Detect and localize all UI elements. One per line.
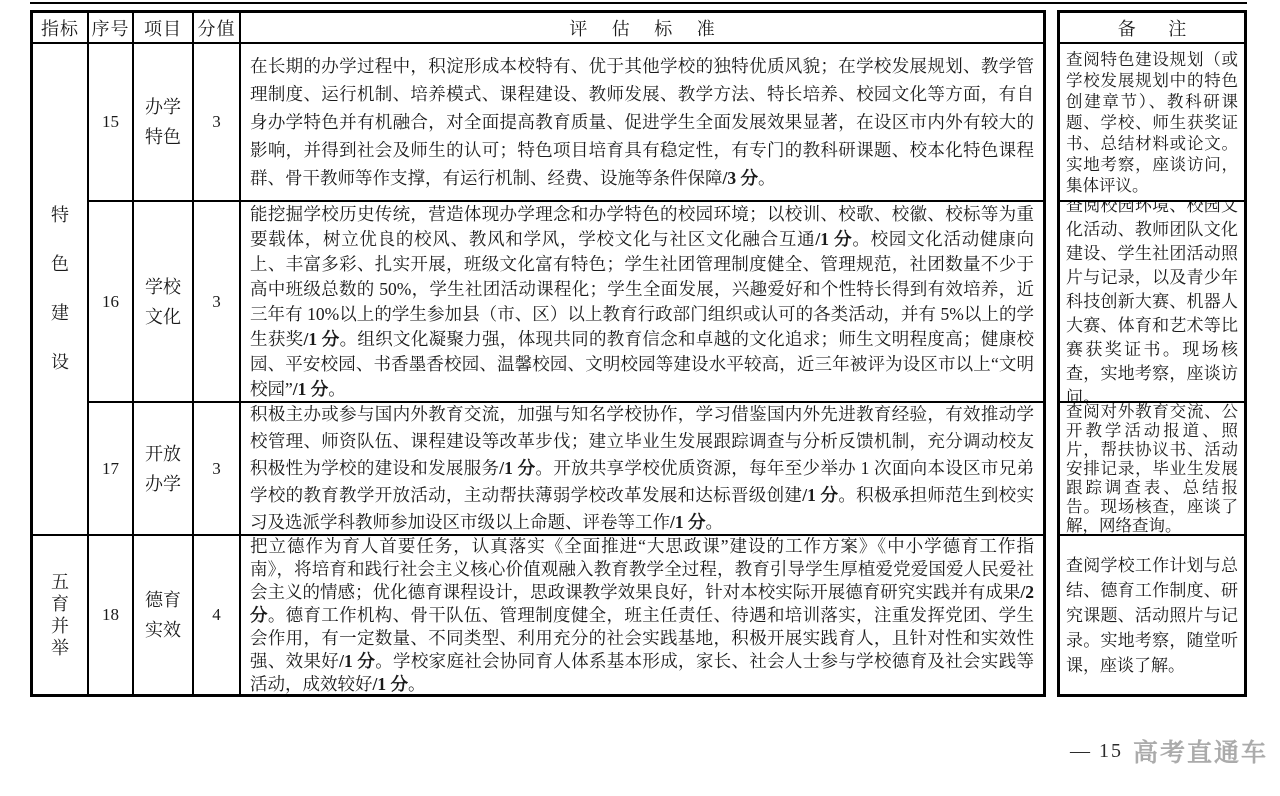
header-indicator: 指标 [33, 13, 89, 44]
remark-text: 查阅特色建设规划（或学校发展规划中的特色创建章节）、教科研课题、学校、师生获奖证… [1066, 49, 1238, 196]
row17-serial: 17 [89, 403, 134, 536]
table-top-rule [30, 2, 1247, 4]
indicator-label: 五育并举 [50, 571, 71, 659]
row18-standard: 把立德作为育人首要任务，认真落实《全面推进“大思政课”建设的工作方案》《中小学德… [241, 536, 1043, 694]
standard-text: 积极主办或参与国内外教育交流，加强与知名学校协作，学习借鉴国内外先进教育经验，有… [250, 403, 1034, 536]
row16-score: 3 [194, 202, 241, 403]
standard-text: 把立德作为育人首要任务，认真落实《全面推进“大思政课”建设的工作方案》《中小学德… [250, 536, 1034, 694]
header-item: 项目 [134, 13, 194, 44]
item-label: 开放办学 [142, 439, 183, 499]
item-label: 办学特色 [142, 92, 183, 152]
indicator-group-wuyu-bingju: 五育并举 [33, 536, 89, 694]
row15-serial: 15 [89, 44, 134, 202]
row16-remark: 查阅校园环境、校园文化活动、教师团队文化建设、学生社团活动照片与记录，以及青少年… [1060, 202, 1244, 403]
indicator-label: 特色建设 [50, 191, 71, 387]
item-label: 德育实效 [142, 585, 183, 645]
row18-score: 4 [194, 536, 241, 694]
remark-column: 备 注 查阅特色建设规划（或学校发展规划中的特色创建章节）、教科研课题、学校、师… [1057, 10, 1247, 697]
row17-score: 3 [194, 403, 241, 536]
item-label: 学校文化 [142, 272, 183, 332]
row16-standard: 能挖掘学校历史传统，营造体现办学理念和办学特色的校园环境；以校训、校歌、校徽、校… [241, 202, 1043, 403]
row16-item: 学校文化 [134, 202, 194, 403]
row17-item: 开放办学 [134, 403, 194, 536]
header-serial: 序号 [89, 13, 134, 44]
standard-text: 在长期的办学过程中，积淀形成本校特有、优于其他学校的独特优质风貌；在学校发展规划… [250, 52, 1034, 192]
row17-remark: 查阅对外教育交流、公开教学活动报道、照片，帮扶协议书、活动安排记录，毕业生发展跟… [1060, 403, 1244, 536]
page-footer: — 15 高考直通车 [1070, 733, 1268, 769]
document-page: 指标 序号 项目 分值 评 估 标 准 特色建设 15 办学特色 3 在长期的办… [0, 0, 1280, 796]
row16-serial: 16 [89, 202, 134, 403]
remark-text: 查阅校园环境、校园文化活动、教师团队文化建设、学生社团活动照片与记录，以及青少年… [1066, 202, 1238, 403]
row15-standard: 在长期的办学过程中，积淀形成本校特有、优于其他学校的独特优质风貌；在学校发展规划… [241, 44, 1043, 202]
row17-standard: 积极主办或参与国内外教育交流，加强与知名学校协作，学习借鉴国内外先进教育经验，有… [241, 403, 1043, 536]
remark-text: 查阅对外教育交流、公开教学活动报道、照片，帮扶协议书、活动安排记录，毕业生发展跟… [1066, 403, 1238, 535]
row18-item: 德育实效 [134, 536, 194, 694]
standard-text: 能挖掘学校历史传统，营造体现办学理念和办学特色的校园环境；以校训、校歌、校徽、校… [250, 202, 1034, 402]
page-number: — 15 [1070, 740, 1123, 763]
row18-serial: 18 [89, 536, 134, 694]
remark-text: 查阅学校工作计划与总结、德育工作制度、研究课题、活动照片与记录。实地考察，随堂听… [1066, 553, 1238, 678]
watermark-gaokao-zhitongche: 高考直通车 [1133, 733, 1268, 769]
evaluation-table: 指标 序号 项目 分值 评 估 标 准 特色建设 15 办学特色 3 在长期的办… [30, 10, 1046, 697]
row18-remark: 查阅学校工作计划与总结、德育工作制度、研究课题、活动照片与记录。实地考察，随堂听… [1060, 536, 1244, 694]
header-standard: 评 估 标 准 [241, 13, 1043, 44]
row15-score: 3 [194, 44, 241, 202]
header-score: 分值 [194, 13, 241, 44]
row15-remark: 查阅特色建设规划（或学校发展规划中的特色创建章节）、教科研课题、学校、师生获奖证… [1060, 44, 1244, 202]
indicator-group-tese-jianshe: 特色建设 [33, 44, 89, 536]
header-remark: 备 注 [1060, 13, 1244, 44]
row15-item: 办学特色 [134, 44, 194, 202]
